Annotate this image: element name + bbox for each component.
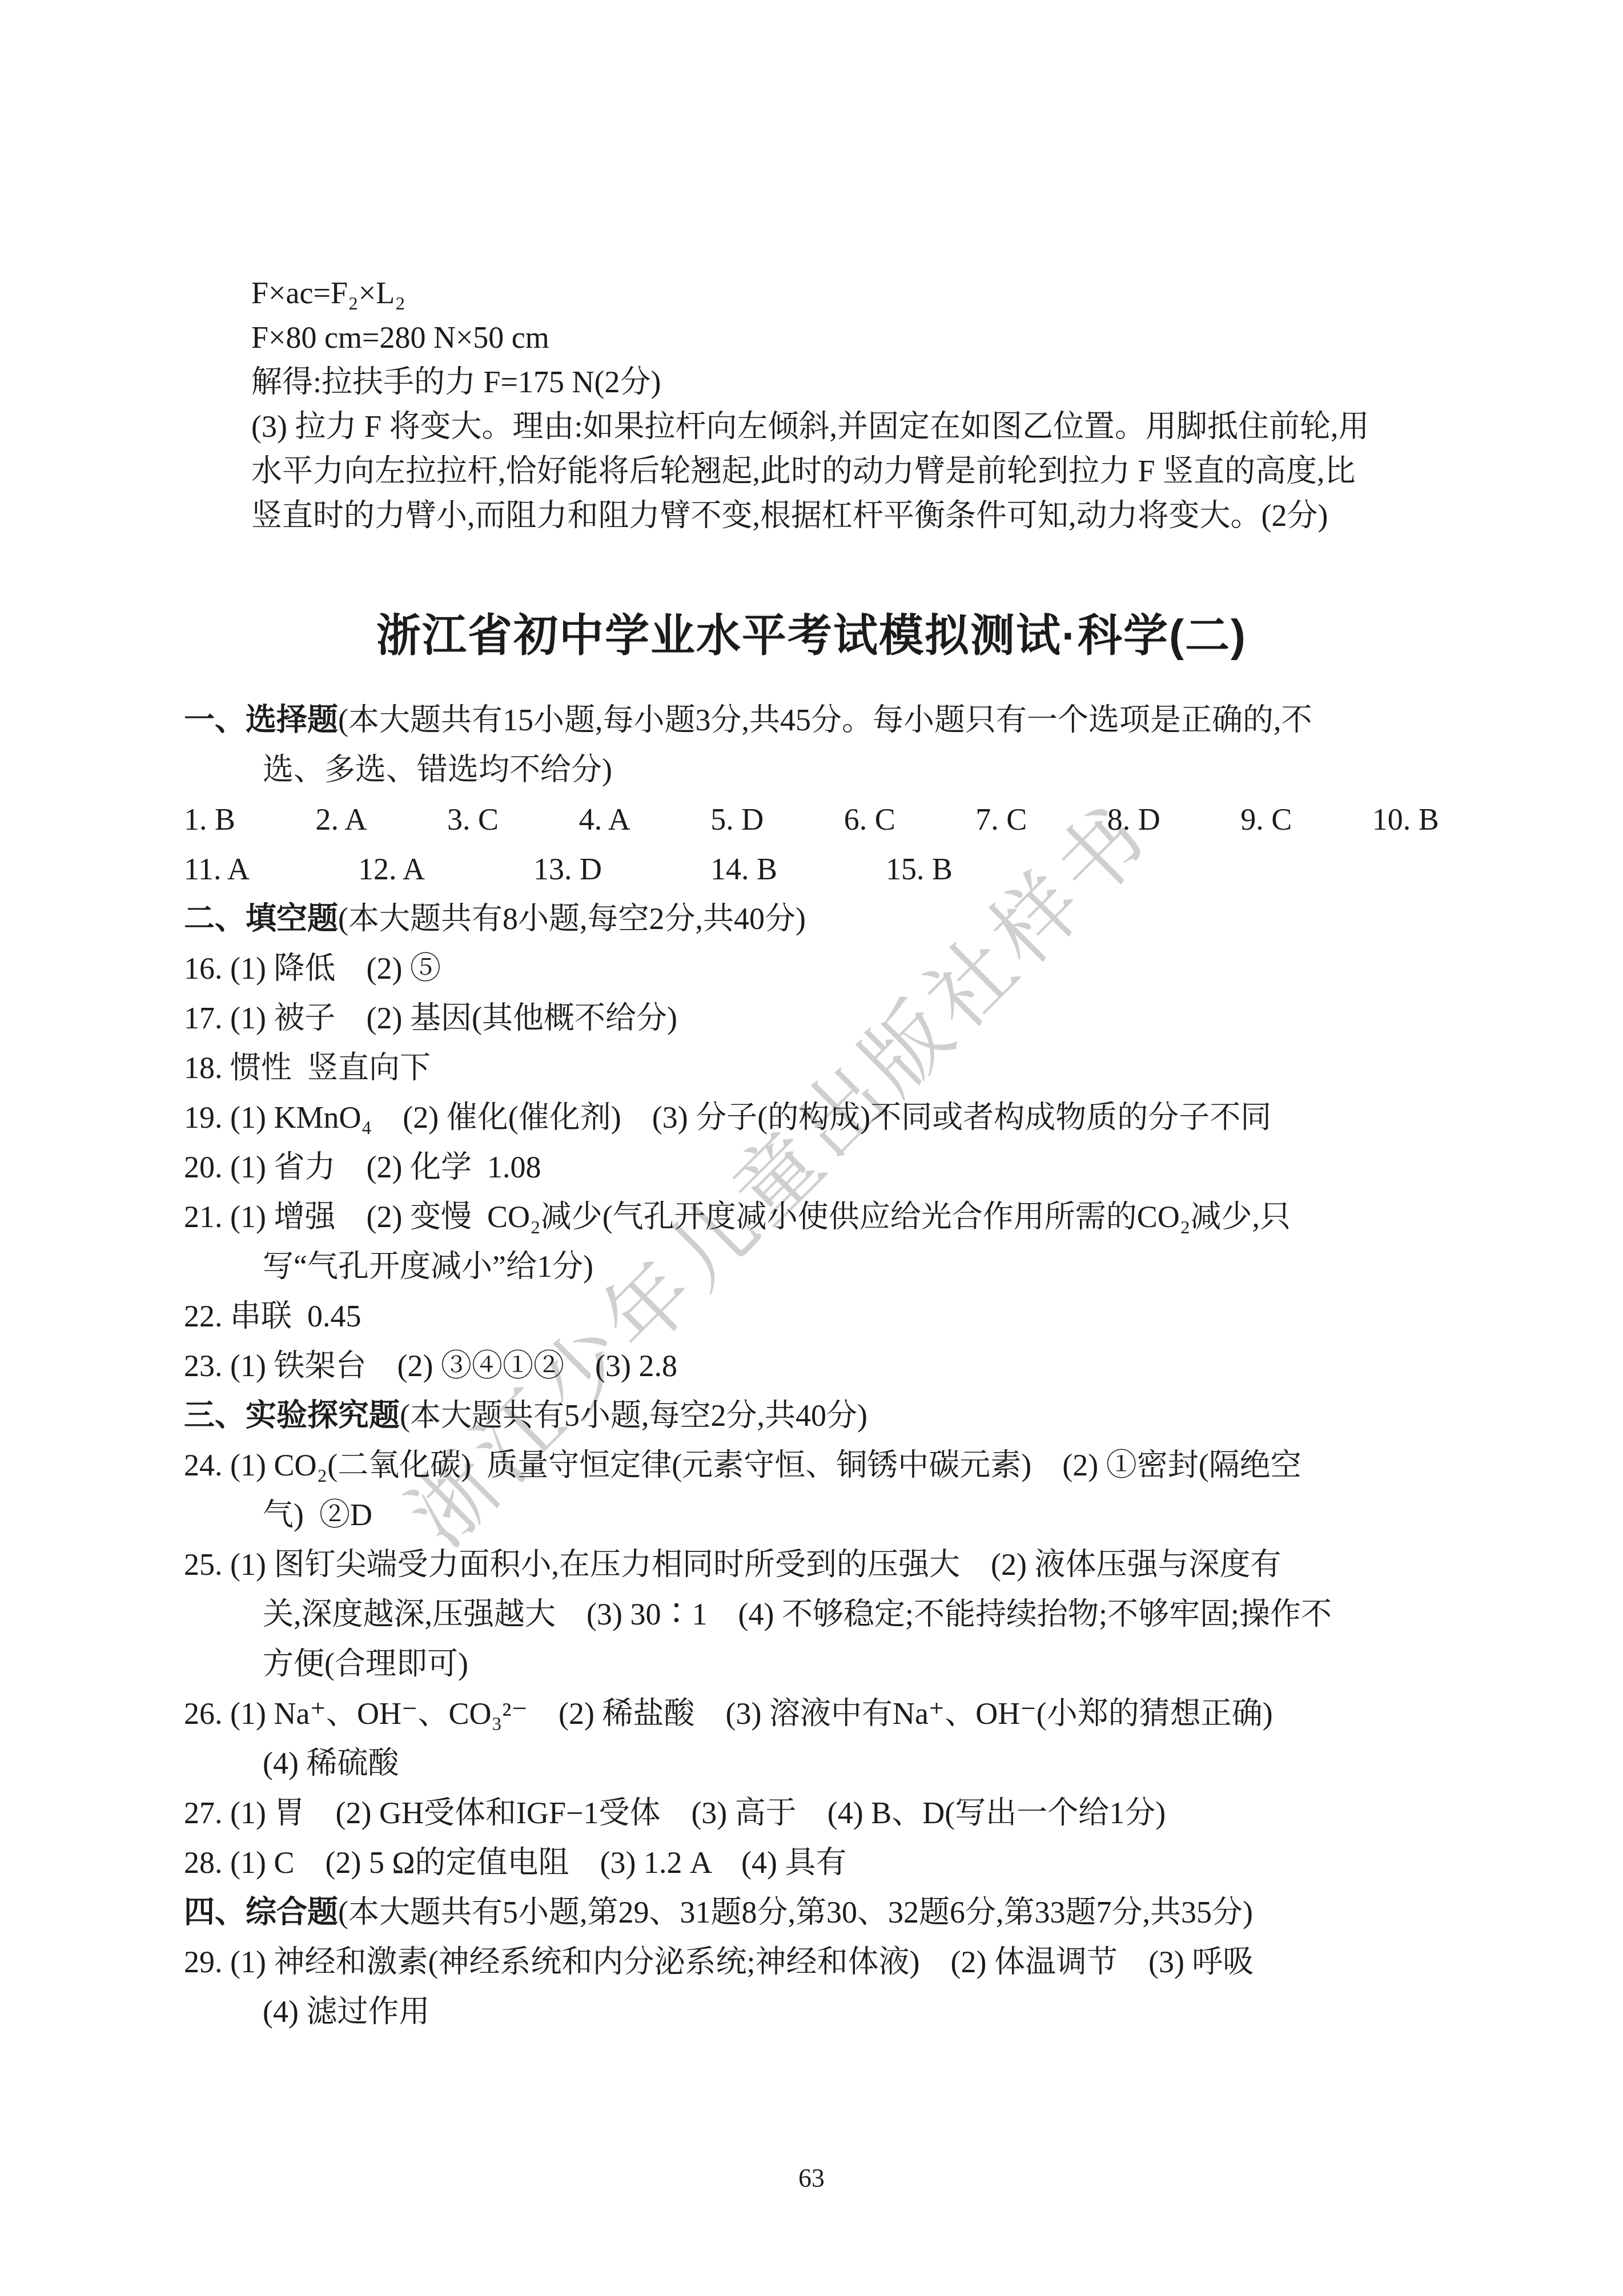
solution-line: 解得:拉扶手的力 F=175 N(2分) (251, 360, 1439, 404)
section-heading-choice: 一、选择题(本大题共有15小题,每小题3分,共45分。每小题只有一个选项是正确的… (184, 695, 1439, 745)
section-desc: (本大题共有8小题,每空2分,共40分) (338, 902, 806, 936)
answer-item: 8. D (1107, 795, 1160, 845)
choice-answers-row-1: 1. B2. A3. C4. A5. D6. C7. C8. D9. C10. … (184, 795, 1439, 845)
answer-line-16: 16. (1) 降低 (2) ⑤ (184, 944, 1439, 994)
answer-item: 10. B (1372, 795, 1439, 845)
answer-item: 13. D (533, 845, 602, 894)
answer-line-20: 20. (1) 省力 (2) 化学 1.08 (184, 1143, 1439, 1192)
answer-line-18: 18. 惯性 竖直向下 (184, 1043, 1439, 1093)
solution-line: 竖直时的力臂小,而阻力和阻力臂不变,根据杠杆平衡条件可知,动力将变大。(2分) (251, 493, 1439, 538)
choice-answers-row-2: 11. A12. A13. D14. B15. B (184, 845, 1439, 894)
section-label: 二、填空题 (184, 902, 338, 936)
section-desc: (本大题共有5小题,第29、31题8分,第30、32题6分,第33题7分,共35… (338, 1895, 1253, 1929)
section-label: 三、实验探究题 (184, 1398, 400, 1433)
answer-item: 5. D (710, 795, 764, 845)
section-heading-fill-blank: 二、填空题(本大题共有8小题,每空2分,共40分) (184, 894, 1439, 944)
section-label: 四、综合题 (184, 1895, 338, 1929)
section-desc-continuation: 选、多选、错选均不给分) (184, 745, 1439, 795)
answer-line-24: 24. (1) CO₂(二氧化碳) 质量守恒定律(元素守恒、铜锈中碳元素) (2… (184, 1441, 1439, 1490)
answer-line-29: 29. (1) 神经和激素(神经系统和内分泌系统;神经和体液) (2) 体温调节… (184, 1937, 1439, 1987)
solution-line: 水平力向左拉拉杆,恰好能将后轮翘起,此时的动力臂是前轮到拉力 F 竖直的高度,比 (251, 449, 1439, 493)
answer-line-21-continuation: 写“气孔开度减小”给1分) (184, 1242, 1439, 1292)
answer-item: 15. B (886, 845, 953, 894)
section-desc: (本大题共有5小题,每空2分,共40分) (400, 1398, 867, 1433)
answer-line-29-continuation: (4) 滤过作用 (184, 1987, 1439, 2037)
answer-line-23: 23. (1) 铁架台 (2) ③④①② (3) 2.8 (184, 1341, 1439, 1391)
answer-item: 3. C (447, 795, 499, 845)
answer-item: 11. A (184, 845, 250, 894)
answer-item: 14. B (710, 845, 777, 894)
answer-line-22: 22. 串联 0.45 (184, 1292, 1439, 1341)
answer-line-26-continuation: (4) 稀硫酸 (184, 1739, 1439, 1788)
formula-line: F×80 cm=280 N×50 cm (251, 315, 1439, 360)
solution-block: F×ac=F₂×L₂ F×80 cm=280 N×50 cm 解得:拉扶手的力 … (251, 271, 1439, 538)
section-heading-experiment: 三、实验探究题(本大题共有5小题,每空2分,共40分) (184, 1391, 1439, 1441)
page-number: 63 (0, 2161, 1623, 2196)
answer-line-26: 26. (1) Na⁺、OH⁻、CO₃²⁻ (2) 稀盐酸 (3) 溶液中有Na… (184, 1689, 1439, 1739)
answer-item: 6. C (844, 795, 895, 845)
answer-line-21: 21. (1) 增强 (2) 变慢 CO₂减少(气孔开度减小使供应给光合作用所需… (184, 1192, 1439, 1242)
page-text-block: F×ac=F₂×L₂ F×80 cm=280 N×50 cm 解得:拉扶手的力 … (184, 0, 1439, 2037)
answer-key: 一、选择题(本大题共有15小题,每小题3分,共45分。每小题只有一个选项是正确的… (184, 695, 1439, 2037)
answer-item: 7. C (975, 795, 1027, 845)
section-label: 一、选择题 (184, 703, 338, 737)
answer-item: 9. C (1240, 795, 1292, 845)
answer-item: 4. A (579, 795, 630, 845)
section-heading-comprehensive: 四、综合题(本大题共有5小题,第29、31题8分,第30、32题6分,第33题7… (184, 1888, 1439, 1937)
solution-line: (3) 拉力 F 将变大。理由:如果拉杆向左倾斜,并固定在如图乙位置。用脚抵住前… (251, 404, 1439, 449)
answer-line-27: 27. (1) 胃 (2) GH受体和IGF−1受体 (3) 高于 (4) B、… (184, 1788, 1439, 1838)
answer-line-25: 25. (1) 图钉尖端受力面积小,在压力相同时所受到的压强大 (2) 液体压强… (184, 1540, 1439, 1590)
section-desc: (本大题共有15小题,每小题3分,共45分。每小题只有一个选项是正确的,不 (338, 703, 1312, 737)
answer-item: 2. A (316, 795, 367, 845)
answer-line-24-continuation: 气) ②D (184, 1490, 1439, 1540)
answer-line-28: 28. (1) C (2) 5 Ω的定值电阻 (3) 1.2 A (4) 具有 (184, 1838, 1439, 1888)
answer-item: 1. B (184, 795, 235, 845)
answer-line-25-continuation: 方便(合理即可) (184, 1639, 1439, 1689)
answer-item: 12. A (358, 845, 425, 894)
answer-line-19: 19. (1) KMnO₄ (2) 催化(催化剂) (3) 分子(的构成)不同或… (184, 1093, 1439, 1143)
formula-line: F×ac=F₂×L₂ (251, 271, 1439, 315)
paper-title: 浙江省初中学业水平考试模拟测试·科学(二) (184, 604, 1439, 668)
answer-line-17: 17. (1) 被子 (2) 基因(其他概不给分) (184, 994, 1439, 1043)
answer-line-25-continuation: 关,深度越深,压强越大 (3) 30∶1 (4) 不够稳定;不能持续抬物;不够牢… (184, 1590, 1439, 1639)
